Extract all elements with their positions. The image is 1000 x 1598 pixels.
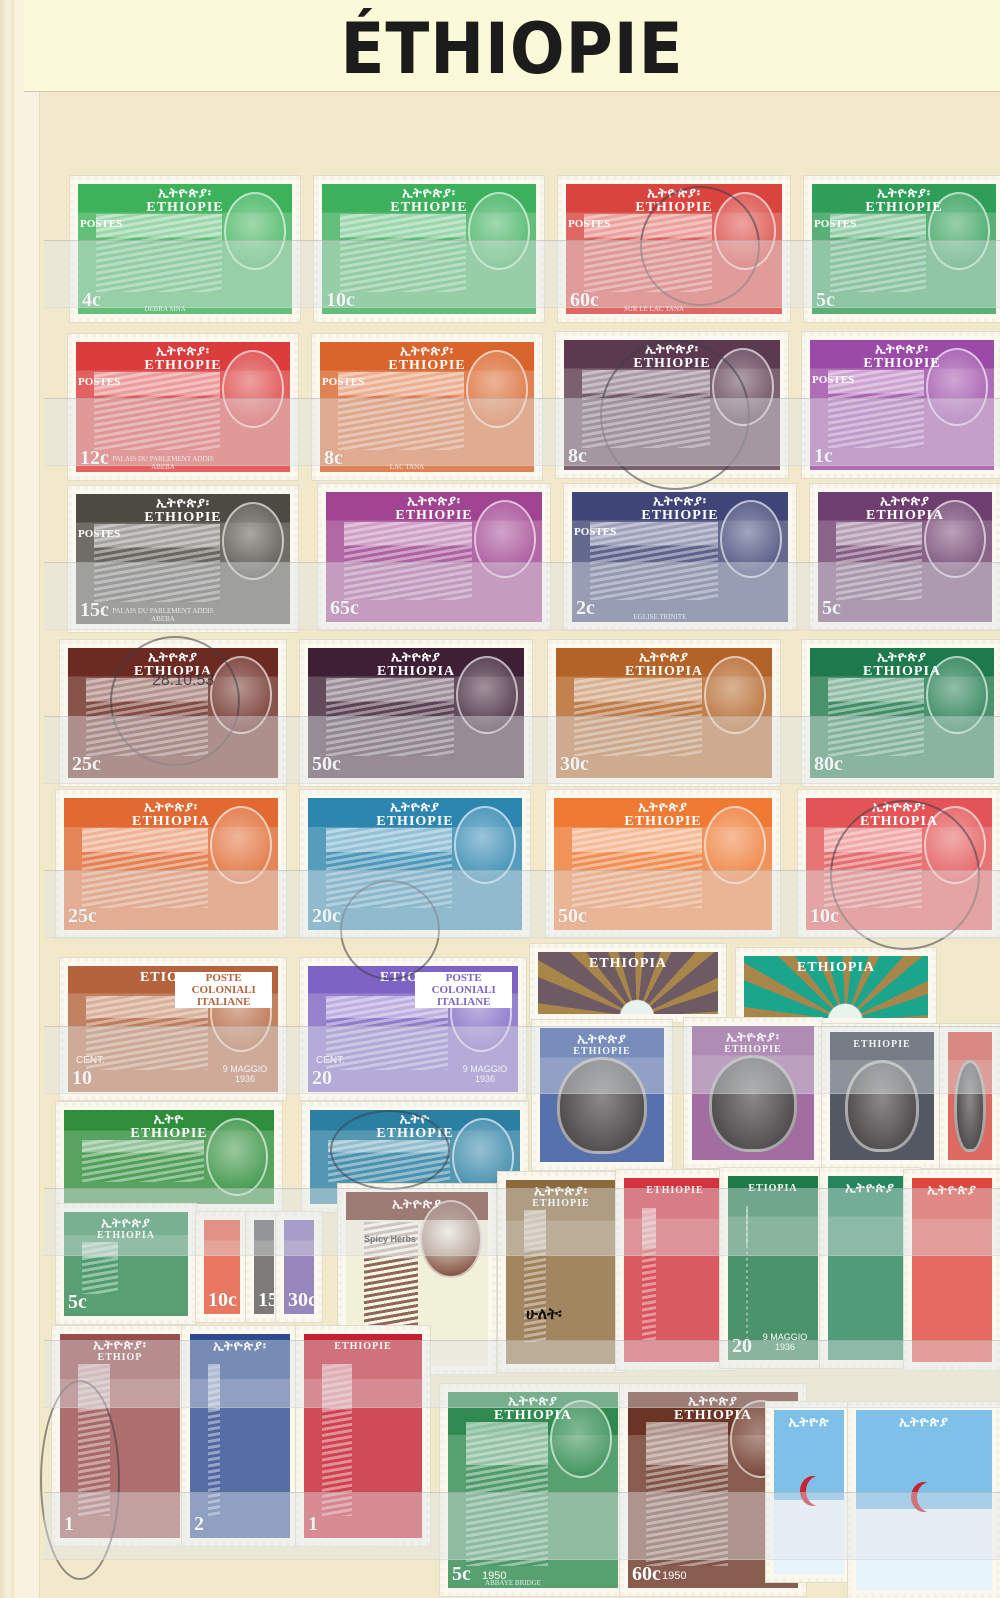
stamp-frame: 30c bbox=[284, 1220, 314, 1314]
stamp-vignette bbox=[746, 1206, 748, 1338]
stamp-frame bbox=[948, 1032, 992, 1160]
stamp[interactable]: ኢትዮጵያ፡ETHIOPIA25c bbox=[56, 790, 286, 938]
stamp[interactable]: ኢትዮጵያ፡ETHIOPIEPOSTES2cEGLISE TRINITE bbox=[564, 484, 796, 630]
stamp-vignette bbox=[466, 1422, 548, 1566]
stamp-vignette bbox=[574, 678, 702, 756]
stamp-subtitle: POSTE COLONIALI ITALIANE bbox=[175, 972, 272, 1008]
stamp-vignette bbox=[208, 1364, 220, 1516]
country-name: ETHIOPIE bbox=[390, 200, 467, 216]
vignette-caption: ABBAYE BRIDGE bbox=[478, 1579, 548, 1587]
stamp[interactable]: ኢትዮጵያ፡ETHIOPIEሁለት፡ bbox=[498, 1172, 624, 1372]
amharic-inscription: ኢትዮጵያ፡ bbox=[645, 343, 699, 356]
denomination: 50c bbox=[558, 905, 587, 928]
country-name: ETHIOPIE bbox=[573, 1046, 630, 1057]
stamp-frame: ኢትዮጵያ፡ETHIOPIE8c bbox=[564, 340, 780, 470]
stamp-header: ኢትዮጵያ bbox=[828, 1176, 912, 1200]
stamp[interactable]: ኢትዮጵያ፡ETHIOP1 bbox=[52, 1326, 188, 1546]
stamp-vignette bbox=[582, 370, 710, 448]
stamp-frame: ኢትዮጵያETHIOPIA50c bbox=[308, 648, 524, 778]
stamp[interactable]: ETHIOPIA bbox=[530, 944, 726, 1022]
stamp[interactable]: ኢትዮETHIOPIE bbox=[56, 1102, 282, 1212]
stamp-vignette bbox=[836, 522, 922, 600]
stamp-frame: ኢትዮጵያ፡ETHIOPIEPOSTES2cEGLISE TRINITE bbox=[572, 492, 788, 622]
country-name: ETHIOPIE bbox=[144, 358, 221, 374]
stamp[interactable]: 30c bbox=[276, 1212, 322, 1322]
vignette-caption: LAC TANA bbox=[350, 463, 464, 471]
stamp-header: ኢትዮጵ bbox=[774, 1410, 844, 1434]
amharic-inscription: ኢትዮጵያ፡ bbox=[653, 495, 707, 508]
denomination: 15c bbox=[80, 599, 109, 622]
stamp-frame: ኢትዮጵያ bbox=[828, 1176, 912, 1360]
stamp[interactable]: ኢትዮጵያ bbox=[904, 1170, 1000, 1370]
stamp[interactable]: ኢትዮጵያ፡ETHIOPIEPOSTES60cSUR LE LAC TANA bbox=[558, 176, 790, 322]
country-name: ETHIOPIE bbox=[388, 358, 465, 374]
denomination: 8c bbox=[324, 447, 343, 470]
amharic-inscription: ኢትዮጵያ bbox=[148, 651, 198, 664]
denomination-unit: CENT. bbox=[76, 1055, 105, 1066]
amharic-inscription: ኢትዮጵያ፡ bbox=[877, 187, 931, 200]
stamp[interactable]: ETIOPIA209 MAGGIO 1936 bbox=[720, 1168, 826, 1368]
stamp-header: ETHIOPIE bbox=[830, 1032, 934, 1056]
stamp-header: ኢትዮጵያ፡ETHIOPIE bbox=[506, 1180, 616, 1214]
stamp-frame: ETHIOPIE bbox=[624, 1178, 726, 1362]
stamp[interactable]: ኢትዮጵያETHIOPIE50c bbox=[546, 790, 780, 938]
stamp-vignette bbox=[328, 1140, 450, 1182]
stamp[interactable]: ETHIOPIA bbox=[736, 948, 936, 1026]
amharic-inscription: ኢትዮጵያ፡ bbox=[213, 1340, 267, 1353]
stamp-header: ኢትዮጵያETHIOPIE bbox=[540, 1028, 664, 1062]
portrait-oval bbox=[954, 1060, 986, 1152]
vignette-caption: PALAIS DU PARLEMENT ADDIS ABEBA bbox=[106, 455, 220, 471]
denomination: 25c bbox=[68, 905, 97, 928]
country-name: ETIOPIA bbox=[748, 1183, 797, 1194]
vignette-caption: DEBRA SINA bbox=[108, 305, 222, 313]
stamp-header: ኢትዮጵያ፡ETHIOPIE bbox=[572, 492, 788, 526]
denomination: 60c bbox=[570, 289, 599, 312]
denomination: 12c bbox=[80, 447, 109, 470]
stamp[interactable]: ኢትዮጵያ፡2 bbox=[182, 1326, 298, 1546]
amharic-inscription: ኢትዮጵያ bbox=[392, 1198, 442, 1211]
amharic-inscription: ኢትዮጵያ bbox=[688, 1395, 738, 1408]
stamp[interactable]: ኢትዮጵያ፡ETHIOPIE65c bbox=[318, 484, 550, 630]
stamp-header: ኢትዮጵያETHIOPIA bbox=[810, 648, 994, 682]
stamp[interactable]: ኢትዮጵያETHIOPIA80c bbox=[802, 640, 1000, 786]
postes-label: POSTES bbox=[812, 374, 826, 387]
stamp-frame: ኢትዮጵያ፡ETHIOPIEPOSTES60cSUR LE LAC TANA bbox=[566, 184, 782, 314]
stamp-header: ኢትዮጵያETHIOPIA bbox=[308, 648, 524, 682]
denomination: 80c bbox=[814, 753, 843, 776]
country-name: ETHIOP bbox=[98, 1352, 143, 1363]
vignette-caption: SUR LE LAC TANA bbox=[596, 305, 712, 313]
amharic-inscription: ኢትዮጵ bbox=[789, 1416, 830, 1429]
stamp[interactable]: ኢትዮጵያETHIOPIA5c bbox=[810, 484, 1000, 630]
stamp-header: ኢትዮጵያ፡ETHIOPIE bbox=[812, 184, 996, 218]
stamp-frame: ETIOPIAPOSTE COLONIALI ITALIANE20CENT.9 … bbox=[308, 966, 518, 1092]
amharic-inscription: ኢትዮጵያ፡ bbox=[400, 345, 454, 358]
portrait-oval bbox=[557, 1057, 646, 1154]
stamp-header bbox=[948, 1032, 992, 1056]
stamp[interactable]: ETHIOPIE bbox=[616, 1170, 734, 1370]
country-name: ETHIOPIE bbox=[376, 1126, 453, 1142]
stamp-frame: ኢትዮጵ bbox=[774, 1410, 844, 1574]
stamp-header: ETHIOPIE bbox=[304, 1334, 422, 1358]
stamp-vignette bbox=[82, 828, 208, 908]
postes-label: POSTES bbox=[568, 218, 582, 231]
stamp-header: ኢትዮጵያETHIOPIE bbox=[554, 798, 772, 832]
red-crescent-icon bbox=[917, 1482, 943, 1512]
stamp-header: ኢትዮጵያETHIOPIA bbox=[64, 1212, 188, 1246]
amharic-inscription: ኢትዮጵያ፡ bbox=[156, 345, 210, 358]
amharic-inscription: ኢትዮጵያ፡ bbox=[534, 1185, 588, 1198]
stamp-subtitle: POSTE COLONIALI ITALIANE bbox=[415, 972, 512, 1008]
stamp-frame: ኢትዮጵያ፡ETHIOPIE10c bbox=[322, 184, 536, 314]
stamp-frame: 10c bbox=[204, 1220, 240, 1314]
amharic-inscription: ኢትዮጵያ bbox=[880, 495, 930, 508]
country-name: ETHIOPIE bbox=[853, 1039, 910, 1050]
stamp-header: ኢትዮጵያ፡ETHIOPIE bbox=[78, 184, 292, 218]
stamp[interactable]: ኢትዮጵያ፡ETHIOPIEPOSTES4cDEBRA SINA bbox=[70, 176, 300, 322]
issue-year: 1950 bbox=[662, 1570, 686, 1582]
stamp-header: ኢትዮጵያETHIOPIA bbox=[448, 1392, 618, 1426]
stamp-header: ETHIOPIE bbox=[624, 1178, 726, 1202]
stamp-vignette bbox=[82, 1140, 204, 1182]
denomination: 5c bbox=[452, 1563, 471, 1586]
denomination: 15c bbox=[258, 1289, 274, 1312]
stamp[interactable]: ኢትዮጵያETHIOPIA5c bbox=[56, 1204, 196, 1324]
country-name: ETHIOPIA bbox=[797, 960, 875, 976]
portrait-oval bbox=[845, 1060, 920, 1152]
stamp-frame: ኢትዮጵያ፡ETHIOPIE bbox=[692, 1026, 814, 1160]
denomination: 1 bbox=[64, 1513, 74, 1536]
vignette-caption: PALAIS DU PARLEMENT ADDIS ABEBA bbox=[106, 607, 220, 623]
denomination: 25c bbox=[72, 753, 101, 776]
red-crescent-icon bbox=[806, 1476, 832, 1506]
denomination-unit: CENT. bbox=[316, 1055, 345, 1066]
stamp-header: ETHIOPIA bbox=[538, 952, 718, 976]
stamp[interactable]: ኢትዮጵያ፡ETHIOPIA10c bbox=[798, 790, 1000, 938]
stamp-frame: ኢትዮጵያETHIOPIE20c bbox=[308, 798, 522, 930]
amharic-inscription: ኢትዮጵያ bbox=[899, 1416, 949, 1429]
amharic-inscription: ኢትዮጵያ bbox=[391, 651, 441, 664]
stamp-frame: ኢትዮጵያ፡ETHIOPIEPOSTES1c bbox=[810, 340, 994, 470]
stamp-frame: ETIOPIA209 MAGGIO 1936 bbox=[728, 1176, 818, 1360]
amharic-inscription: ኢትዮጵያ፡ bbox=[156, 497, 210, 510]
stamp-frame: ኢትዮETHIOPIE bbox=[64, 1110, 274, 1204]
denomination: 5c bbox=[822, 597, 841, 620]
country-name: ETHIOPIE bbox=[646, 1185, 703, 1196]
denomination: 20 bbox=[732, 1335, 752, 1358]
stamp-header: ኢትዮጵያETHIOPIA bbox=[818, 492, 992, 526]
stamp-header: ኢትዮጵያETHIOPIE bbox=[308, 798, 522, 832]
stamp[interactable]: ኢትዮጵያ፡ETHIOPIE8c bbox=[556, 332, 788, 478]
country-name: ETHIOPIA bbox=[494, 1408, 572, 1424]
stamp-frame: ኢትዮጵያETHIOPIA5c1950ABBAYE BRIDGE bbox=[448, 1392, 618, 1588]
album-spine bbox=[0, 0, 14, 1598]
amharic-inscription: ኢትዮጵያ፡ bbox=[93, 1339, 147, 1352]
stamp-frame: ETIOPIAPOSTE COLONIALI ITALIANE10CENT.9 … bbox=[68, 966, 278, 1092]
stamp-header: ኢትዮጵያ፡ETHIOPIE bbox=[566, 184, 782, 218]
postes-label: POSTES bbox=[574, 526, 588, 539]
stamp-header: ኢትዮጵያ፡ETHIOPIE bbox=[810, 340, 994, 374]
stamp-frame: ኢትዮጵያ bbox=[856, 1410, 992, 1590]
denomination: 50c bbox=[312, 753, 341, 776]
stamp[interactable]: ኢትዮጵያETHIOPIE20c bbox=[300, 790, 530, 938]
stamp-header: ኢትዮጵያ፡ETHIOPIE bbox=[692, 1026, 814, 1060]
country-name: ETHIOPIE bbox=[624, 814, 701, 830]
country-name: ETHIOPIA bbox=[625, 664, 703, 680]
stamp-header: ኢትዮጵያ፡ETHIOP bbox=[60, 1334, 180, 1368]
country-name: ETHIOPIE bbox=[376, 814, 453, 830]
country-name: ETHIOPIE bbox=[641, 508, 718, 524]
postes-label: POSTES bbox=[80, 218, 94, 231]
stamp-header: ኢትዮጵያ፡ETHIOPIE bbox=[326, 492, 542, 526]
stamp-frame: ኢትዮጵያ፡ETHIOPIA25c bbox=[64, 798, 278, 930]
denomination: 30c bbox=[288, 1289, 314, 1312]
title-strip: ÉTHIOPIE bbox=[24, 0, 1000, 92]
stamp[interactable]: ኢትዮጵያETHIOPIA30c bbox=[548, 640, 780, 786]
overprint: ሁለት፡ bbox=[526, 1304, 562, 1324]
amharic-inscription: ኢትዮጵያ bbox=[101, 1217, 151, 1230]
stamp-frame: ኢትዮጵያ፡ETHIOPIEPOSTES4cDEBRA SINA bbox=[78, 184, 292, 314]
country-name: ETHIOPIA bbox=[674, 1408, 752, 1424]
amharic-inscription: ኢትዮጵያ bbox=[639, 651, 689, 664]
amharic-inscription: ኢትዮጵያ፡ bbox=[647, 187, 701, 200]
stamp-header: ETHIOPIA bbox=[744, 956, 928, 980]
country-name: ETHIOPIE bbox=[146, 200, 223, 216]
stamp[interactable]: ETIOPIAPOSTE COLONIALI ITALIANE10CENT.9 … bbox=[60, 958, 286, 1100]
stamp-header: ኢትዮጵያ bbox=[856, 1410, 992, 1434]
stamp[interactable]: ኢትዮጵያ፡ETHIOPIEPOSTES15cPALAIS DU PARLEME… bbox=[68, 486, 298, 632]
amharic-inscription: ኢትዮጵያ bbox=[577, 1033, 627, 1046]
country-name: ETHIOPIA bbox=[866, 508, 944, 524]
amharic-inscription: ኢትዮ bbox=[400, 1113, 430, 1126]
stamp-frame: ኢትዮጵያ፡ETHIOPIA10c bbox=[806, 798, 992, 930]
stamp[interactable]: ኢትዮጵያETHIOPIE bbox=[532, 1020, 672, 1170]
stamp-header: ETIOPIA bbox=[728, 1176, 818, 1200]
stamp[interactable]: ኢትዮጵያETHIOPIA25c bbox=[60, 640, 286, 786]
stamp-frame: ኢትዮጵያ፡ETHIOPIEPOSTES5c bbox=[812, 184, 996, 314]
stamp-frame: ኢትዮጵያ፡ETHIOPIEPOSTES15cPALAIS DU PARLEME… bbox=[76, 494, 290, 624]
stamp[interactable] bbox=[940, 1024, 1000, 1168]
stamp-frame: ኢትዮጵያ፡ETHIOPIEPOSTES12cPALAIS DU PARLEME… bbox=[76, 342, 290, 472]
stamp-vignette bbox=[78, 1364, 110, 1516]
stamp-frame: ኢትዮጵያETHIOPIA5c bbox=[818, 492, 992, 622]
country-name: ETHIOPIE bbox=[863, 356, 940, 372]
country-name: ETHIOPIE bbox=[334, 1341, 391, 1352]
stamp-frame: ETHIOPIA bbox=[538, 952, 718, 1014]
stamp-vignette bbox=[82, 1242, 118, 1294]
amharic-inscription: ኢትዮጵያ bbox=[508, 1395, 558, 1408]
postes-label: POSTES bbox=[322, 376, 336, 389]
country-name: ETHIOPIA bbox=[863, 664, 941, 680]
postmark-date: 28.10.53 bbox=[152, 672, 214, 690]
stamp[interactable]: ኢትዮጵያETHIOPIA5c1950ABBAYE BRIDGE bbox=[440, 1384, 626, 1596]
stamp-vignette bbox=[642, 1208, 656, 1340]
postes-label: POSTES bbox=[78, 376, 92, 389]
country-name: ETHIOPIA bbox=[97, 1230, 155, 1241]
amharic-inscription: ኢትዮጵያ bbox=[390, 801, 440, 814]
denomination: 10c bbox=[208, 1289, 237, 1312]
denomination: 2 bbox=[194, 1513, 204, 1536]
stamp-frame: ETHIOPIA bbox=[744, 956, 928, 1018]
stamp[interactable]: ETIOPIAPOSTE COLONIALI ITALIANE20CENT.9 … bbox=[300, 958, 526, 1100]
denomination: 20 bbox=[312, 1067, 332, 1090]
country-name: ETHIOPIA bbox=[589, 956, 667, 972]
stamp[interactable]: ኢትዮጵያ፡ETHIOPIEPOSTES8cLAC TANA bbox=[312, 334, 542, 480]
amharic-inscription: ኢትዮጵያ bbox=[877, 651, 927, 664]
country-name: ETHIOPIE bbox=[395, 508, 472, 524]
amharic-inscription: ኢትዮጵያ bbox=[845, 1182, 895, 1195]
stamp-frame: ኢትዮጵያETHIOPIA5c bbox=[64, 1212, 188, 1316]
issue-date: 9 MAGGIO 1936 bbox=[220, 1064, 270, 1084]
issue-date: 9 MAGGIO 1936 bbox=[460, 1064, 510, 1084]
country-name: ETHIOPIE bbox=[144, 510, 221, 526]
stamp-header: ኢትዮጵያ፡ETHIOPIE bbox=[76, 494, 290, 528]
denomination: 20c bbox=[312, 905, 341, 928]
country-name: ETHIOPIA bbox=[377, 664, 455, 680]
stamp-frame: ኢትዮጵያETHIOPIA80c bbox=[810, 648, 994, 778]
denomination: 1c bbox=[814, 445, 833, 468]
portrait-oval bbox=[709, 1055, 797, 1152]
amharic-inscription: ኢትዮጵያ፡ bbox=[872, 801, 926, 814]
stamp-header bbox=[284, 1220, 314, 1244]
stamp-frame: ኢትዮጵያ፡2 bbox=[190, 1334, 290, 1538]
country-name: ETHIOPIA bbox=[132, 814, 210, 830]
denomination: 8c bbox=[568, 445, 587, 468]
stamp-frame: ኢትዮጵያ bbox=[912, 1178, 992, 1362]
stamp-vignette bbox=[646, 1422, 728, 1566]
amharic-inscription: ኢትዮጵያ bbox=[638, 801, 688, 814]
stamp-frame: ኢትዮጵያETHIOPIA30c bbox=[556, 648, 772, 778]
vignette-caption: EGLISE TRINITE bbox=[602, 613, 718, 621]
stamp-frame: ኢትዮጵያ፡ETHIOPIEPOSTES8cLAC TANA bbox=[320, 342, 534, 472]
stamp-frame: ETHIOPIE1 bbox=[304, 1334, 422, 1538]
country-name: ETHIOPIE bbox=[532, 1198, 589, 1209]
amharic-inscription: ኢትዮጵያ፡ bbox=[726, 1031, 780, 1044]
country-name: ETHIOPIE bbox=[724, 1044, 781, 1055]
stamp-frame: ኢትዮጵያETHIOPIE bbox=[540, 1028, 664, 1162]
stamp-frame: ኢትዮጵያ፡ETHIOPIEሁለት፡ bbox=[506, 1180, 616, 1364]
denomination: 1 bbox=[308, 1513, 318, 1536]
stamp[interactable]: ኢትዮጵያ፡ETHIOPIEPOSTES5c bbox=[804, 176, 1000, 322]
stamp-header: ኢትዮጵያ bbox=[912, 1178, 992, 1202]
stamp-header: ኢትዮጵያ፡ETHIOPIA bbox=[64, 798, 278, 832]
denomination: 10 bbox=[72, 1067, 92, 1090]
stamp-frame: ኢትዮጵያ፡ETHIOPIE65c bbox=[326, 492, 542, 622]
stamp-vignette bbox=[326, 678, 454, 756]
amharic-inscription: ኢትዮጵያ bbox=[927, 1184, 977, 1197]
stamp-frame: ኢትዮጵያETHIOPIA25c bbox=[68, 648, 278, 778]
stamp-header: ኢትዮETHIOPIE bbox=[64, 1110, 274, 1144]
denomination: 10c bbox=[326, 289, 355, 312]
stamp-header: ኢትዮጵያ bbox=[346, 1192, 488, 1216]
country-name: ETHIOPIE bbox=[130, 1126, 207, 1142]
album-margin bbox=[14, 0, 40, 1598]
stamp-frame: ኢትዮጵያ፡ETHIOP1 bbox=[60, 1334, 180, 1538]
country-name: ETHIOPIA bbox=[860, 814, 938, 830]
stamp-vignette bbox=[824, 828, 922, 908]
denomination: 2c bbox=[576, 597, 595, 620]
stamp[interactable]: ኢትዮጵያETHIOPIA50c bbox=[300, 640, 532, 786]
stamp-frame: ETHIOPIE bbox=[830, 1032, 934, 1160]
amharic-inscription: ኢትዮጵያ፡ bbox=[402, 187, 456, 200]
stamp-vignette bbox=[322, 1364, 352, 1516]
denomination: 60c bbox=[632, 1563, 661, 1586]
stamp-vignette bbox=[572, 828, 702, 908]
country-name: ETHIOPIE bbox=[865, 200, 942, 216]
stamp[interactable]: ኢትዮጵያ፡ETHIOPIEPOSTES12cPALAIS DU PARLEME… bbox=[68, 334, 298, 480]
stamp-header: ኢትዮጵያ፡ETHIOPIE bbox=[322, 184, 536, 218]
stamp[interactable]: ኢትዮጵያ፡ETHIOPIE bbox=[684, 1018, 822, 1168]
stamp-title: Spicy Herbs bbox=[364, 1234, 416, 1244]
page-title: ÉTHIOPIE bbox=[63, 8, 961, 90]
stamp-header: ኢትዮጵያ፡ETHIOPIE bbox=[320, 342, 534, 376]
stamp-vignette bbox=[828, 678, 924, 756]
stamp-header: ኢትዮጵያ፡ETHIOPIE bbox=[564, 340, 780, 374]
stamp[interactable]: 10c bbox=[196, 1212, 248, 1322]
stamp-frame: ኢትዮጵያETHIOPIE50c bbox=[554, 798, 772, 930]
denomination: 5c bbox=[816, 289, 835, 312]
country-name: ETHIOPIE bbox=[633, 356, 710, 372]
amharic-inscription: ኢትዮ bbox=[154, 1113, 184, 1126]
stamp[interactable]: ኢትዮጵያ bbox=[848, 1402, 1000, 1598]
stamp[interactable]: ETHIOPIE1 bbox=[296, 1326, 430, 1546]
postes-label: POSTES bbox=[814, 218, 828, 231]
amharic-inscription: ኢትዮጵያ፡ bbox=[407, 495, 461, 508]
stamp[interactable]: ኢትዮጵ bbox=[766, 1402, 852, 1582]
stamp-vignette bbox=[344, 522, 472, 600]
stamp-frame: 15c bbox=[254, 1220, 274, 1314]
stamp-header: ኢትዮጵያ፡ bbox=[190, 1334, 290, 1358]
stamp-header bbox=[204, 1220, 240, 1244]
stamp-header: ኢትዮጵያETHIOPIA bbox=[556, 648, 772, 682]
denomination: 4c bbox=[82, 289, 101, 312]
stamp[interactable]: ኢትዮጵያ፡ETHIOPIE10c bbox=[314, 176, 544, 322]
denomination: 65c bbox=[330, 597, 359, 620]
amharic-inscription: ኢትዮጵያ፡ bbox=[158, 187, 212, 200]
country-name: ETHIOPIE bbox=[635, 200, 712, 216]
stamp-header: ኢትዮETHIOPIE bbox=[310, 1110, 520, 1144]
postes-label: POSTES bbox=[78, 528, 92, 541]
stamp-header bbox=[254, 1220, 274, 1244]
issue-date: 9 MAGGIO 1936 bbox=[760, 1332, 810, 1352]
denomination: 10c bbox=[810, 905, 839, 928]
denomination: 5c bbox=[68, 1291, 87, 1314]
amharic-inscription: ኢትዮጵያ፡ bbox=[144, 801, 198, 814]
stamp[interactable]: ETHIOPIE bbox=[822, 1024, 942, 1168]
stamp-vignette bbox=[326, 828, 452, 908]
stamp-header: ኢትዮጵያ፡ETHIOPIA bbox=[806, 798, 992, 832]
amharic-inscription: ኢትዮጵያ፡ bbox=[875, 343, 929, 356]
stamp[interactable]: ኢትዮጵያ፡ETHIOPIEPOSTES1c bbox=[802, 332, 1000, 478]
stamp-header: ኢትዮጵያ፡ETHIOPIE bbox=[76, 342, 290, 376]
denomination: 30c bbox=[560, 753, 589, 776]
stamp-vignette bbox=[340, 214, 466, 292]
